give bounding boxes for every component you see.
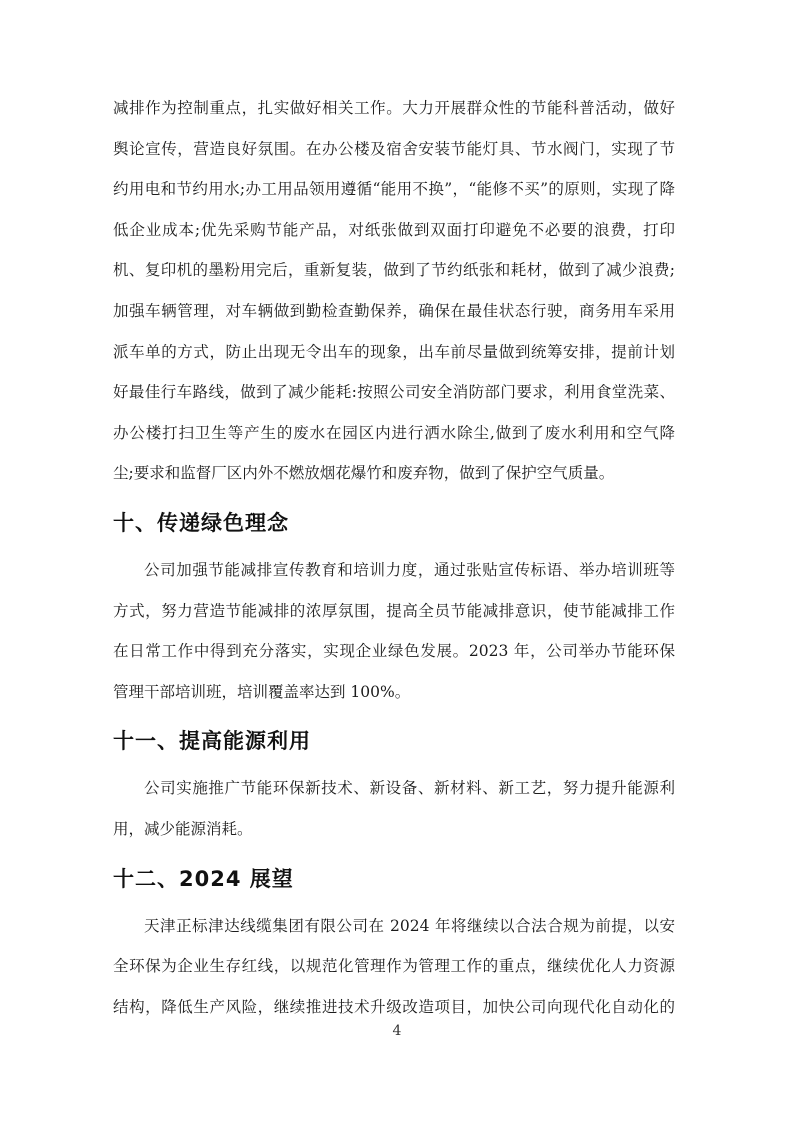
text-line: 管理干部培训班，培训覆盖率达到 100%。 xyxy=(113,672,675,713)
text-line: 好最佳行车路线，做到了减少能耗:按照公司安全消防部门要求，利用食堂洗菜、 xyxy=(113,372,675,413)
text-line: 公司加强节能减排宣传教育和培训力度，通过张贴宣传标语、举办培训班等 xyxy=(113,550,675,591)
text-line: 方式，努力营造节能减排的浓厚氛围，提高全员节能减排意识，使节能减排工作 xyxy=(113,591,675,632)
section-heading: 十、传递绿色理念 xyxy=(113,508,675,538)
text-line: 办公楼打扫卫生等产生的废水在园区内进行洒水除尘,做到了废水利用和空气降 xyxy=(113,413,675,454)
text-line: 天津正标津达线缆集团有限公司在 2024 年将继续以合法合规为前提，以安 xyxy=(113,906,675,947)
text-line: 用，减少能源消耗。 xyxy=(113,809,675,850)
text-line: 加强车辆管理，对车辆做到勤检查勤保养，确保在最佳状态行驶，商务用车采用 xyxy=(113,291,675,332)
document-content: 减排作为控制重点，扎实做好相关工作。大力开展群众性的节能科普活动，做好舆论宣传，… xyxy=(113,88,675,1027)
text-line: 在日常工作中得到充分落实，实现企业绿色发展。2023 年，公司举办节能环保 xyxy=(113,631,675,672)
section-heading: 十二、2024 展望 xyxy=(113,864,675,894)
text-line: 舆论宣传，营造良好氛围。在办公楼及宿舍安装节能灯具、节水阀门，实现了节 xyxy=(113,129,675,170)
text-line: 约用电和节约用水;办工用品领用遵循“能用不换”，“能修不买”的原则，实现了降 xyxy=(113,169,675,210)
text-line: 公司实施推广节能环保新技术、新设备、新材料、新工艺，努力提升能源利 xyxy=(113,768,675,809)
text-line: 低企业成本;优先采购节能产品，对纸张做到双面打印避免不必要的浪费，打印 xyxy=(113,210,675,251)
text-line: 尘;要求和监督厂区内外不燃放烟花爆竹和废弃物，做到了保护空气质量。 xyxy=(113,453,675,494)
text-line: 派车单的方式，防止出现无令出车的现象，出车前尽量做到统筹安排，提前计划 xyxy=(113,332,675,373)
text-line: 全环保为企业生存红线，以规范化管理作为管理工作的重点，继续优化人力资源 xyxy=(113,946,675,987)
document-page: 减排作为控制重点，扎实做好相关工作。大力开展群众性的节能科普活动，做好舆论宣传，… xyxy=(0,0,794,1123)
page-number: 4 xyxy=(0,1022,794,1040)
section-heading: 十一、提高能源利用 xyxy=(113,726,675,756)
text-line: 减排作为控制重点，扎实做好相关工作。大力开展群众性的节能科普活动，做好 xyxy=(113,88,675,129)
text-line: 机、复印机的墨粉用完后，重新复装，做到了节约纸张和耗材，做到了减少浪费; xyxy=(113,250,675,291)
